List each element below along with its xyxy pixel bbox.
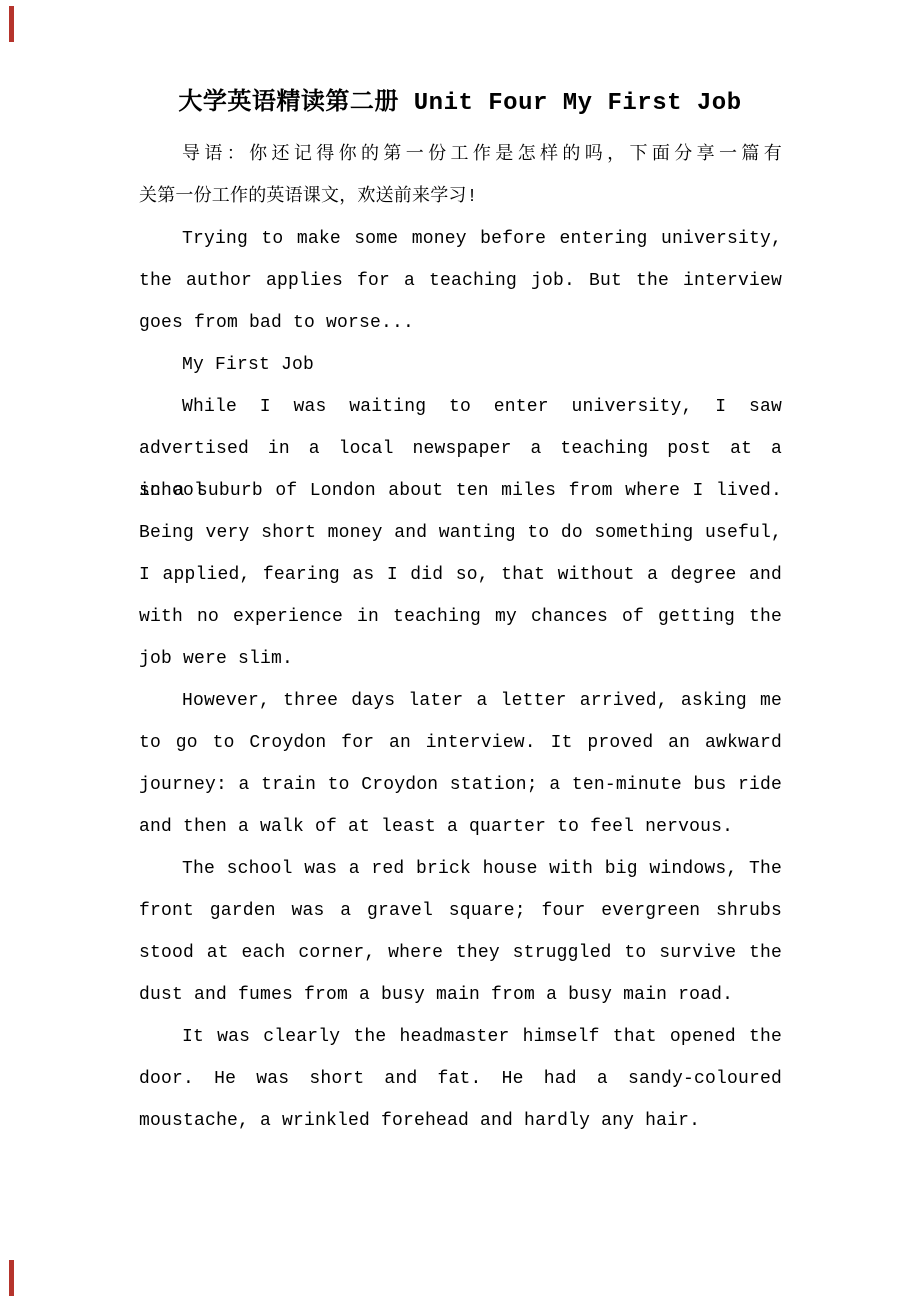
text-line: Trying to make some money before enterin…	[139, 218, 782, 260]
text-line: to go to Croydon for an interview. It pr…	[139, 722, 782, 764]
text-line: with no experience in teaching my chance…	[139, 596, 782, 638]
text-line: 导语：你还记得你的第一份工作是怎样的吗，下面分享一篇有	[139, 134, 782, 176]
text-line: However, three days later a letter arriv…	[139, 680, 782, 722]
paragraph: My First Job	[139, 344, 782, 386]
text-line: The school was a red brick house with bi…	[139, 848, 782, 890]
text-line: in a suburb of London about ten miles fr…	[139, 470, 782, 512]
text-line: job were slim.	[139, 638, 782, 680]
text-line: My First Job	[139, 344, 782, 386]
text-line: dust and fumes from a busy main from a b…	[139, 974, 782, 1016]
text-line: front garden was a gravel square; four e…	[139, 890, 782, 932]
text-line: stood at each corner, where they struggl…	[139, 932, 782, 974]
paragraph: 导语：你还记得你的第一份工作是怎样的吗，下面分享一篇有关第一份工作的英语课文，欢…	[139, 134, 782, 218]
text-line: moustache, a wrinkled forehead and hardl…	[139, 1100, 782, 1142]
paragraph: While I was waiting to enter university,…	[139, 386, 782, 680]
text-line: Being very short money and wanting to do…	[139, 512, 782, 554]
text-line: and then a walk of at least a quarter to…	[139, 806, 782, 848]
paragraph: However, three days later a letter arriv…	[139, 680, 782, 848]
paragraph: Trying to make some money before enterin…	[139, 218, 782, 344]
paragraph: The school was a red brick house with bi…	[139, 848, 782, 1016]
document-body: 导语：你还记得你的第一份工作是怎样的吗，下面分享一篇有关第一份工作的英语课文，欢…	[139, 134, 782, 1142]
text-line: the author applies for a teaching job. B…	[139, 260, 782, 302]
text-line: I applied, fearing as I did so, that wit…	[139, 554, 782, 596]
text-line: goes from bad to worse...	[139, 302, 782, 344]
text-line: door. He was short and fat. He had a san…	[139, 1058, 782, 1100]
change-bar-bottom	[9, 1260, 14, 1296]
change-bar-top	[9, 6, 14, 42]
text-line: journey: a train to Croydon station; a t…	[139, 764, 782, 806]
page-title: 大学英语精读第二册 Unit Four My First Job	[0, 88, 920, 120]
text-line: While I was waiting to enter university,…	[139, 386, 782, 428]
text-line: It was clearly the headmaster himself th…	[139, 1016, 782, 1058]
document-page: 大学英语精读第二册 Unit Four My First Job 导语：你还记得…	[0, 0, 920, 1302]
paragraph: It was clearly the headmaster himself th…	[139, 1016, 782, 1142]
text-line: advertised in a local newspaper a teachi…	[139, 428, 782, 470]
text-line: 关第一份工作的英语课文，欢送前来学习!	[139, 176, 782, 218]
